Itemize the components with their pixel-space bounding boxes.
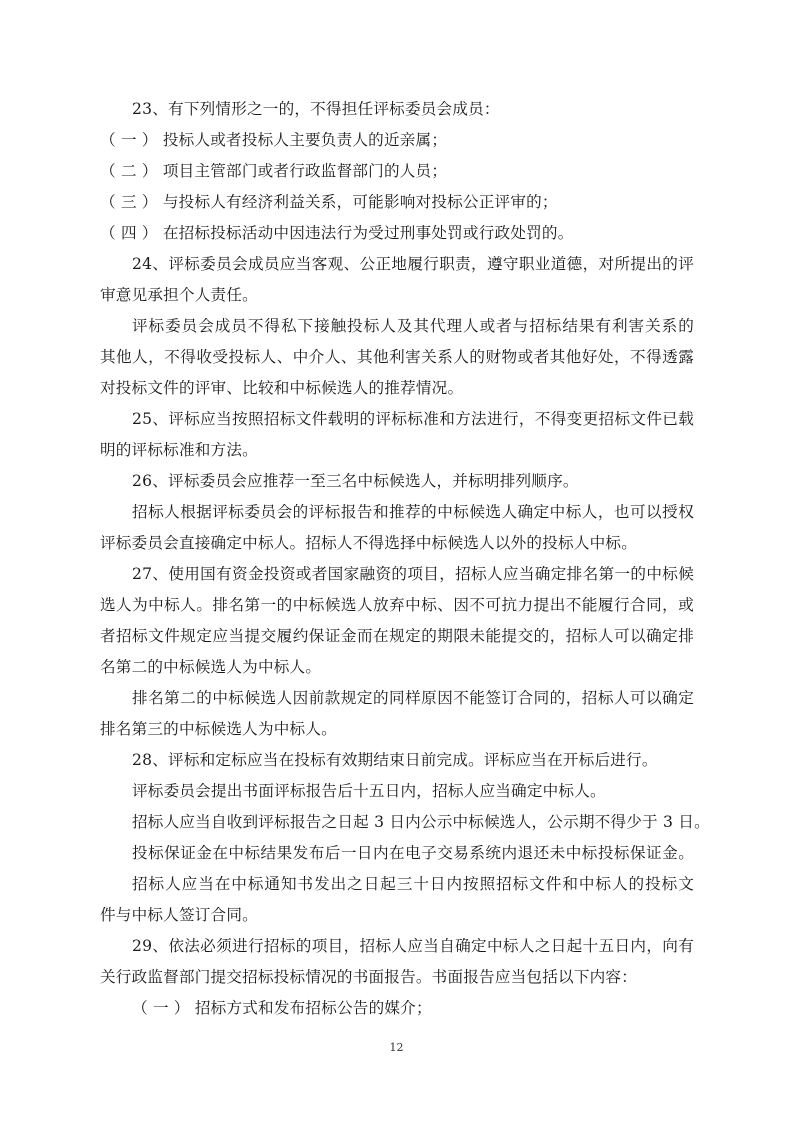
text-line: 排名第三的中标候选人为中标人。 <box>100 714 694 745</box>
text-line: 其他人，不得收受投标人、中介人、其他利害关系人的财物或者其他好处，不得透露 <box>100 342 694 373</box>
text-line: 关行政监督部门提交招标投标情况的书面报告。书面报告应当包括以下内容： <box>100 962 694 993</box>
text-line: 投标保证金在中标结果发布后一日内在电子交易系统内退还未中标投标保证金。 <box>100 838 694 869</box>
text-line: （ 二 ） 项目主管部门或者行政监督部门的人员； <box>100 156 694 187</box>
text-line: 对投标文件的评审、比较和中标候选人的推荐情况。 <box>100 373 694 404</box>
document-page: 23、有下列情形之一的，不得担任评标委员会成员： （ 一 ） 投标人或者投标人主… <box>100 94 694 1024</box>
text-line: 明的评标标准和方法。 <box>100 435 694 466</box>
page-number: 12 <box>0 1041 793 1054</box>
text-line: 25、评标应当按照招标文件载明的评标标准和方法进行，不得变更招标文件已载 <box>100 404 694 435</box>
document-body: 23、有下列情形之一的，不得担任评标委员会成员： （ 一 ） 投标人或者投标人主… <box>100 94 694 1024</box>
text-line: 27、使用国有资金投资或者国家融资的项目，招标人应当确定排名第一的中标候 <box>100 559 694 590</box>
text-line: 审意见承担个人责任。 <box>100 280 694 311</box>
text-line: 招标人应当在中标通知书发出之日起三十日内按照招标文件和中标人的投标文 <box>100 869 694 900</box>
text-line: （ 一 ） 投标人或者投标人主要负责人的近亲属； <box>100 125 694 156</box>
text-line: 评标委员会成员不得私下接触投标人及其代理人或者与招标结果有利害关系的 <box>100 311 694 342</box>
text-line: 名第二的中标候选人为中标人。 <box>100 652 694 683</box>
text-line: 28、评标和定标应当在投标有效期结束日前完成。评标应当在开标后进行。 <box>100 745 694 776</box>
text-line: （ 一 ） 招标方式和发布招标公告的媒介； <box>100 993 694 1024</box>
text-line: 29、依法必须进行招标的项目，招标人应当自确定中标人之日起十五日内，向有 <box>100 931 694 962</box>
text-line: 招标人根据评标委员会的评标报告和推荐的中标候选人确定中标人，也可以授权 <box>100 497 694 528</box>
text-line: 招标人应当自收到评标报告之日起 3 日内公示中标候选人，公示期不得少于 3 日。 <box>100 807 694 838</box>
text-line: 23、有下列情形之一的，不得担任评标委员会成员： <box>100 94 694 125</box>
text-line: （ 三 ） 与投标人有经济利益关系，可能影响对投标公正评审的； <box>100 187 694 218</box>
text-line: 评标委员会直接确定中标人。招标人不得选择中标候选人以外的投标人中标。 <box>100 528 694 559</box>
text-line: 24、评标委员会成员应当客观、公正地履行职责，遵守职业道德，对所提出的评 <box>100 249 694 280</box>
text-line: 件与中标人签订合同。 <box>100 900 694 931</box>
text-line: 选人为中标人。排名第一的中标候选人放弃中标、因不可抗力提出不能履行合同，或 <box>100 590 694 621</box>
text-line: （ 四 ） 在招标投标活动中因违法行为受过刑事处罚或行政处罚的。 <box>100 218 694 249</box>
text-line: 评标委员会提出书面评标报告后十五日内，招标人应当确定中标人。 <box>100 776 694 807</box>
text-line: 排名第二的中标候选人因前款规定的同样原因不能签订合同的，招标人可以确定 <box>100 683 694 714</box>
text-line: 26、评标委员会应推荐一至三名中标候选人，并标明排列顺序。 <box>100 466 694 497</box>
text-line: 者招标文件规定应当提交履约保证金而在规定的期限未能提交的，招标人可以确定排 <box>100 621 694 652</box>
